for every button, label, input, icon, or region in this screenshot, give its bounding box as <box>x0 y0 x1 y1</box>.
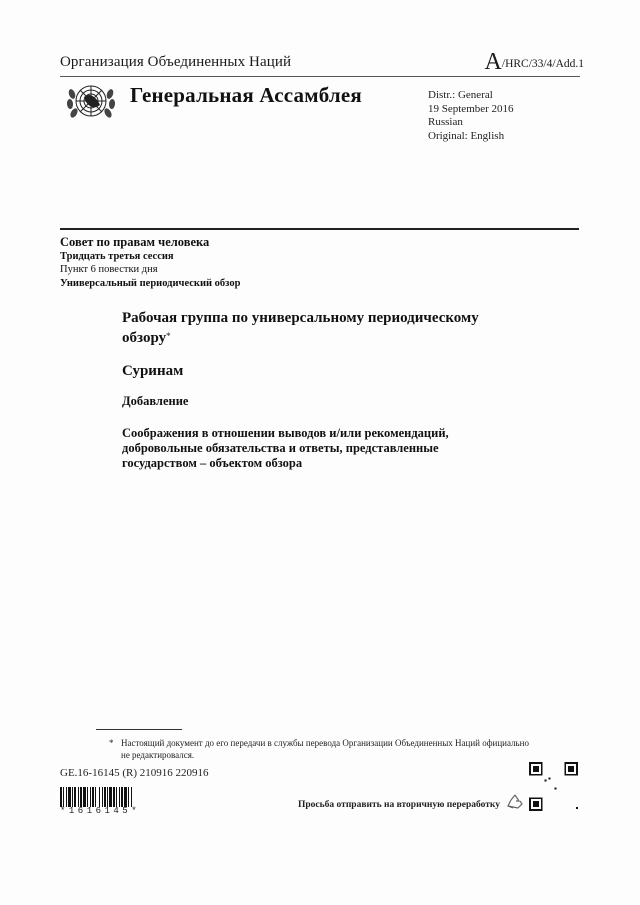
addendum-label: Добавление <box>122 394 522 409</box>
agenda-topic: Универсальный периодический обзор <box>60 277 240 291</box>
working-group-title: Рабочая группа по универсальному периоди… <box>122 309 522 347</box>
barcode-digits: *1616145* <box>60 806 140 816</box>
document-language: Russian <box>428 116 514 130</box>
job-number: GE.16-16145 (R) 210916 220916 <box>60 767 209 779</box>
footnote-star: * <box>109 737 114 749</box>
country-title: Суринам <box>122 363 522 380</box>
session-name: Тридцать третья сессия <box>60 250 240 264</box>
assembly-title: Генеральная Ассамблея <box>130 83 362 108</box>
footnote-rule <box>96 729 182 730</box>
considerations-title: Соображения в отношении выводов и/или ре… <box>122 426 502 471</box>
symbol-rest: /HRC/33/4/Add.1 <box>502 58 584 70</box>
section-rule <box>60 228 579 230</box>
distribution-info: Distr.: General 19 September 2016 Russia… <box>428 89 514 143</box>
organization-name: Организация Объединенных Наций <box>60 54 291 71</box>
council-block: Совет по правам человека Тридцать третья… <box>60 236 240 290</box>
footnote-text: Настоящий документ до его передачи в слу… <box>121 737 529 761</box>
title-block: Рабочая группа по универсальному периоди… <box>122 309 522 471</box>
recycle-icon <box>505 792 525 812</box>
footnote: * Настоящий документ до его передачи в с… <box>109 737 529 761</box>
distribution-type: Distr.: General <box>428 89 514 103</box>
un-emblem-icon <box>64 80 118 126</box>
header-rule <box>60 76 580 77</box>
council-name: Совет по правам человека <box>60 236 240 250</box>
qr-code-icon <box>529 762 578 811</box>
barcode-icon <box>60 787 156 807</box>
symbol-prefix: A <box>485 49 502 75</box>
document-date: 19 September 2016 <box>428 103 514 117</box>
document-symbol: A/HRC/33/4/Add.1 <box>485 52 584 72</box>
footnote-marker: * <box>166 331 171 341</box>
agenda-item: Пункт 6 повестки дня <box>60 263 240 277</box>
original-language: Original: English <box>428 130 514 144</box>
recycle-text: Просьба отправить на вторичную переработ… <box>298 800 500 810</box>
